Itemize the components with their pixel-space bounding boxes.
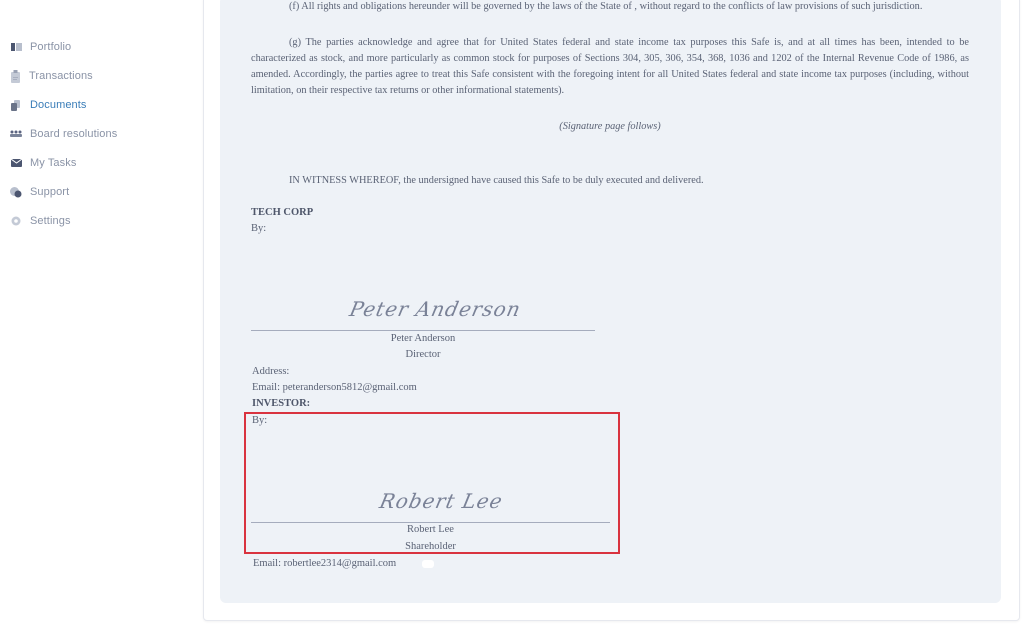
sidebar-item-label: Settings [30,215,71,227]
portfolio-icon [10,41,22,53]
sidebar-item-portfolio[interactable]: Portfolio [10,37,71,57]
sidebar-item-label: Board resolutions [30,128,117,140]
company-by-label: By: [251,223,266,234]
signature-page-note: (Signature page follows) [251,119,969,135]
clause-g-text: (g) The parties acknowledge and agree th… [251,37,969,96]
clipboard-icon [9,70,21,82]
company-name: TECH CORP [251,207,313,218]
sidebar-item-label: My Tasks [30,157,76,169]
gear-icon [10,215,22,227]
sidebar-item-label: Support [30,186,69,198]
investor-heading: INVESTOR: [252,398,310,409]
board-icon [10,128,22,140]
company-signer-name: Peter Anderson [251,333,595,344]
clause-f: (f) All rights and obligations hereunder… [251,0,969,15]
sidebar-item-my-tasks[interactable]: My Tasks [10,153,76,173]
witness-text: IN WITNESS WHEREOF, the undersigned have… [289,175,704,186]
empty-field-placeholder [422,560,434,568]
sidebar-item-transactions[interactable]: Transactions [9,66,93,86]
sidebar-item-support[interactable]: Support [10,182,69,202]
documents-icon [10,99,22,111]
investor-signature-line [251,522,610,523]
sidebar-item-settings[interactable]: Settings [10,211,71,231]
investor-signer-title: Shareholder [251,541,610,552]
company-address-label: Address: [252,366,289,377]
sidebar-item-label: Portfolio [30,41,71,53]
sidebar-item-label: Transactions [29,70,93,82]
envelope-icon [10,157,22,169]
investor-email: Email: robertlee2314@gmail.com [253,558,396,569]
clause-g: (g) The parties acknowledge and agree th… [251,35,969,99]
clause-f-text: (f) All rights and obligations hereunder… [289,1,922,12]
company-signer-title: Director [251,349,595,360]
investor-by-label: By: [252,415,267,426]
investor-signature: Robert Lee [377,489,505,513]
sidebar: Portfolio Transactions Documents Board r… [0,0,200,624]
company-signature: Peter Anderson [347,297,523,321]
sidebar-item-board-resolutions[interactable]: Board resolutions [10,124,117,144]
investor-signer-name: Robert Lee [251,524,610,535]
witness-clause: IN WITNESS WHEREOF, the undersigned have… [251,173,969,189]
company-signature-line [251,330,595,331]
sidebar-item-label: Documents [30,99,87,111]
chat-icon [10,186,22,198]
sidebar-item-documents[interactable]: Documents [10,95,87,115]
company-email: Email: peteranderson5812@gmail.com [252,382,417,393]
